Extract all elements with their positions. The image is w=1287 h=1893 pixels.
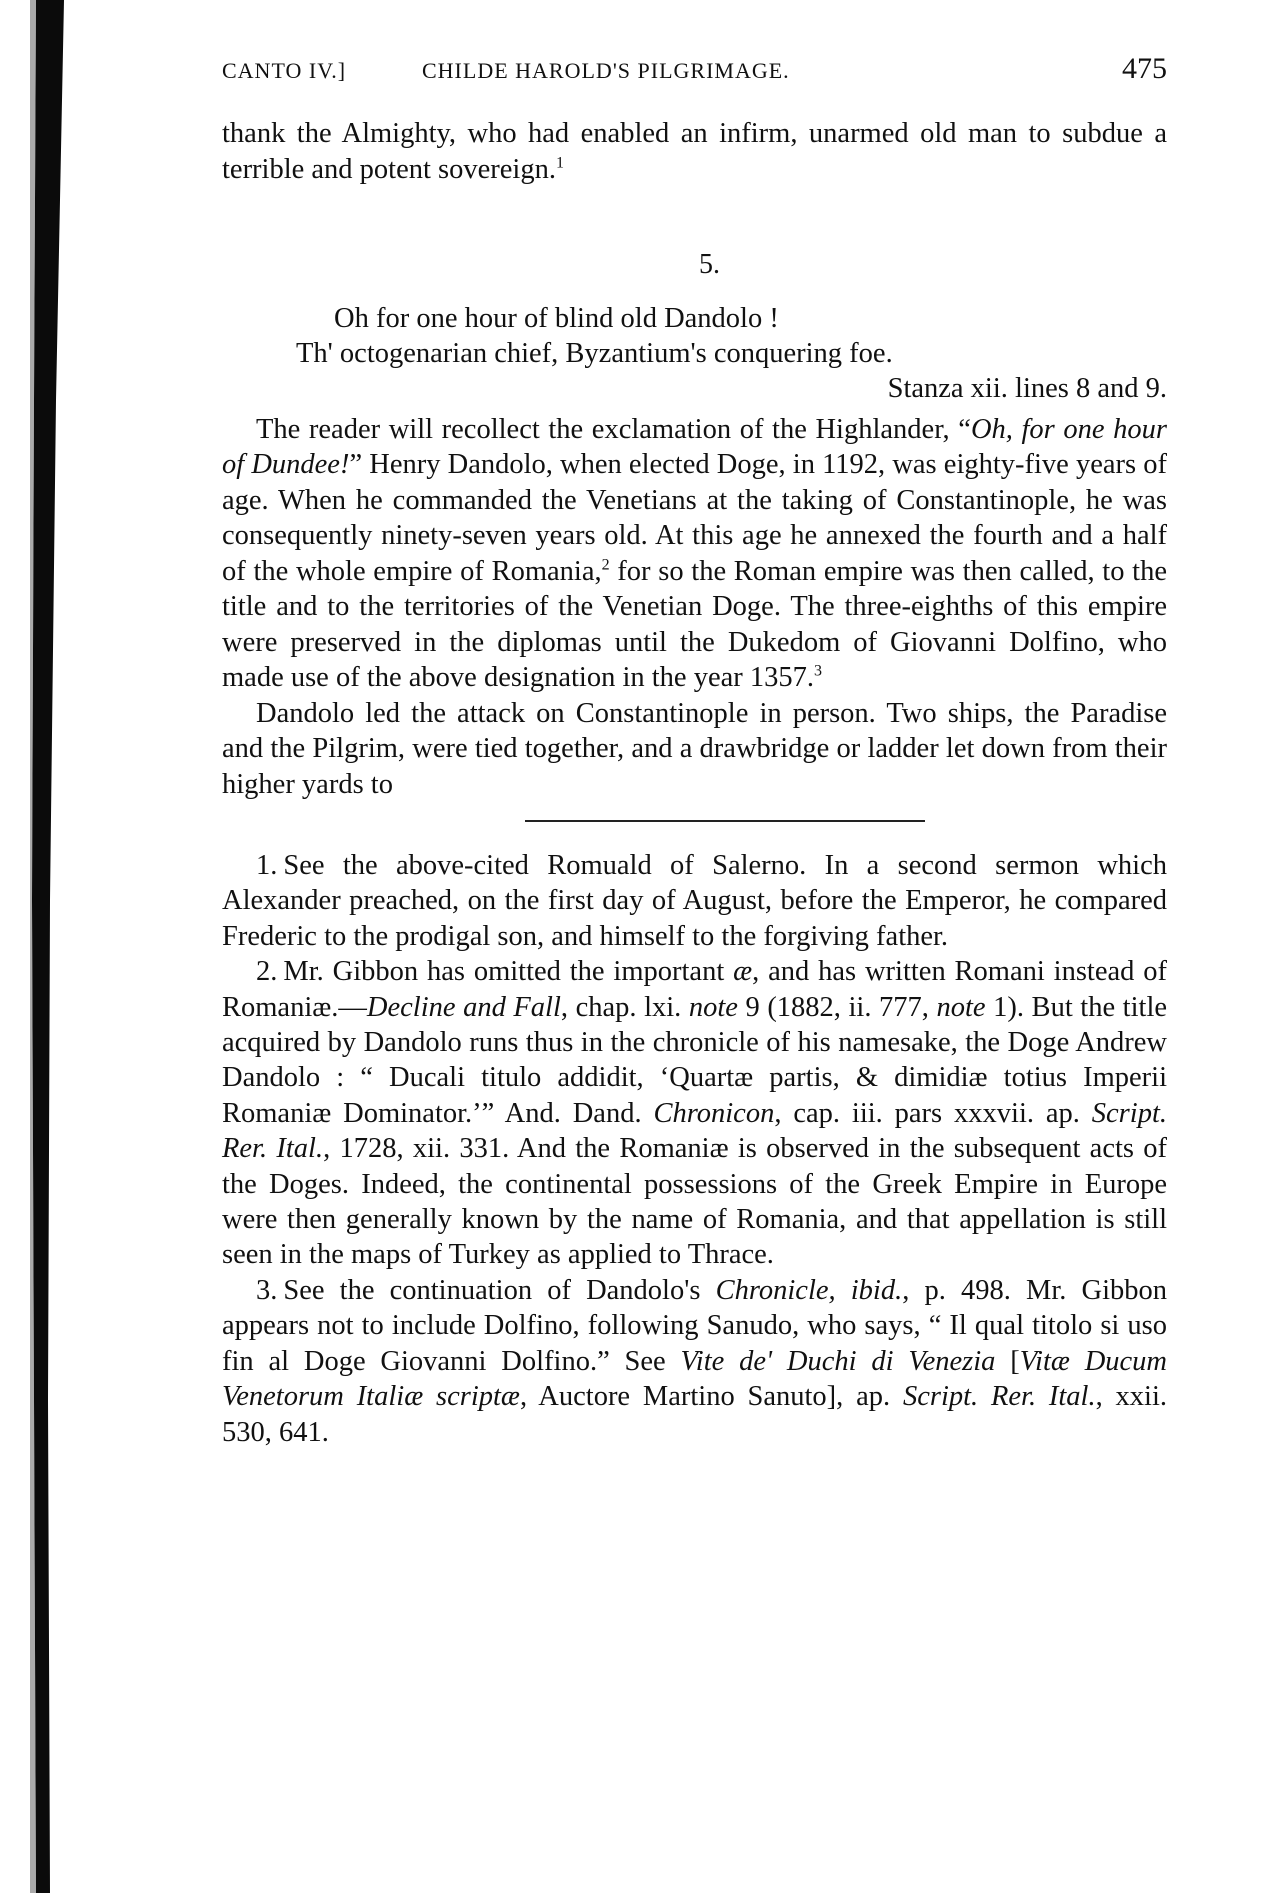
book-binding-shadow: [26, 0, 66, 1893]
footnote-divider: [525, 820, 925, 822]
footnote-1: 1.See the above-cited Romuald of Salerno…: [222, 848, 1167, 954]
verse-line: Th' octogenarian chief, Byzantium's conq…: [222, 336, 1167, 371]
running-head: CANTO IV.] CHILDE HAROLD'S PILGRIMAGE. 4…: [222, 52, 1167, 108]
section-number: 5.: [222, 247, 1167, 283]
verse-line: Oh for one hour of blind old Dandolo !: [222, 301, 1167, 336]
verse-quote: Oh for one hour of blind old Dandolo ! T…: [222, 301, 1167, 406]
main-text: thank the Almighty, who had enabled an i…: [222, 116, 1167, 802]
opening-paragraph: thank the Almighty, who had enabled an i…: [222, 116, 1167, 187]
footnote-ref: 1: [556, 154, 564, 171]
footnote-number: 2.: [256, 956, 277, 987]
footnote-number: 1.: [256, 850, 277, 881]
footnotes: 1.See the above-cited Romuald of Salerno…: [222, 848, 1167, 1450]
footnote-ref: 2: [602, 556, 610, 573]
book-page: CANTO IV.] CHILDE HAROLD'S PILGRIMAGE. 4…: [222, 52, 1167, 1450]
footnote-3: 3.See the continuation of Dandolo's Chro…: [222, 1273, 1167, 1450]
canto-label: CANTO IV.]: [222, 58, 422, 84]
footnote-ref: 3: [814, 663, 822, 680]
commentary-paragraph: Dandolo led the attack on Constantinople…: [222, 696, 1167, 803]
commentary-paragraph: The reader will recollect the exclamatio…: [222, 412, 1167, 696]
page-number: 475: [1087, 52, 1167, 86]
book-title: CHILDE HAROLD'S PILGRIMAGE.: [422, 58, 1087, 84]
footnote-2: 2.Mr. Gibbon has omitted the important æ…: [222, 954, 1167, 1273]
footnote-number: 3.: [256, 1275, 277, 1306]
verse-attribution: Stanza xii. lines 8 and 9.: [222, 371, 1167, 406]
